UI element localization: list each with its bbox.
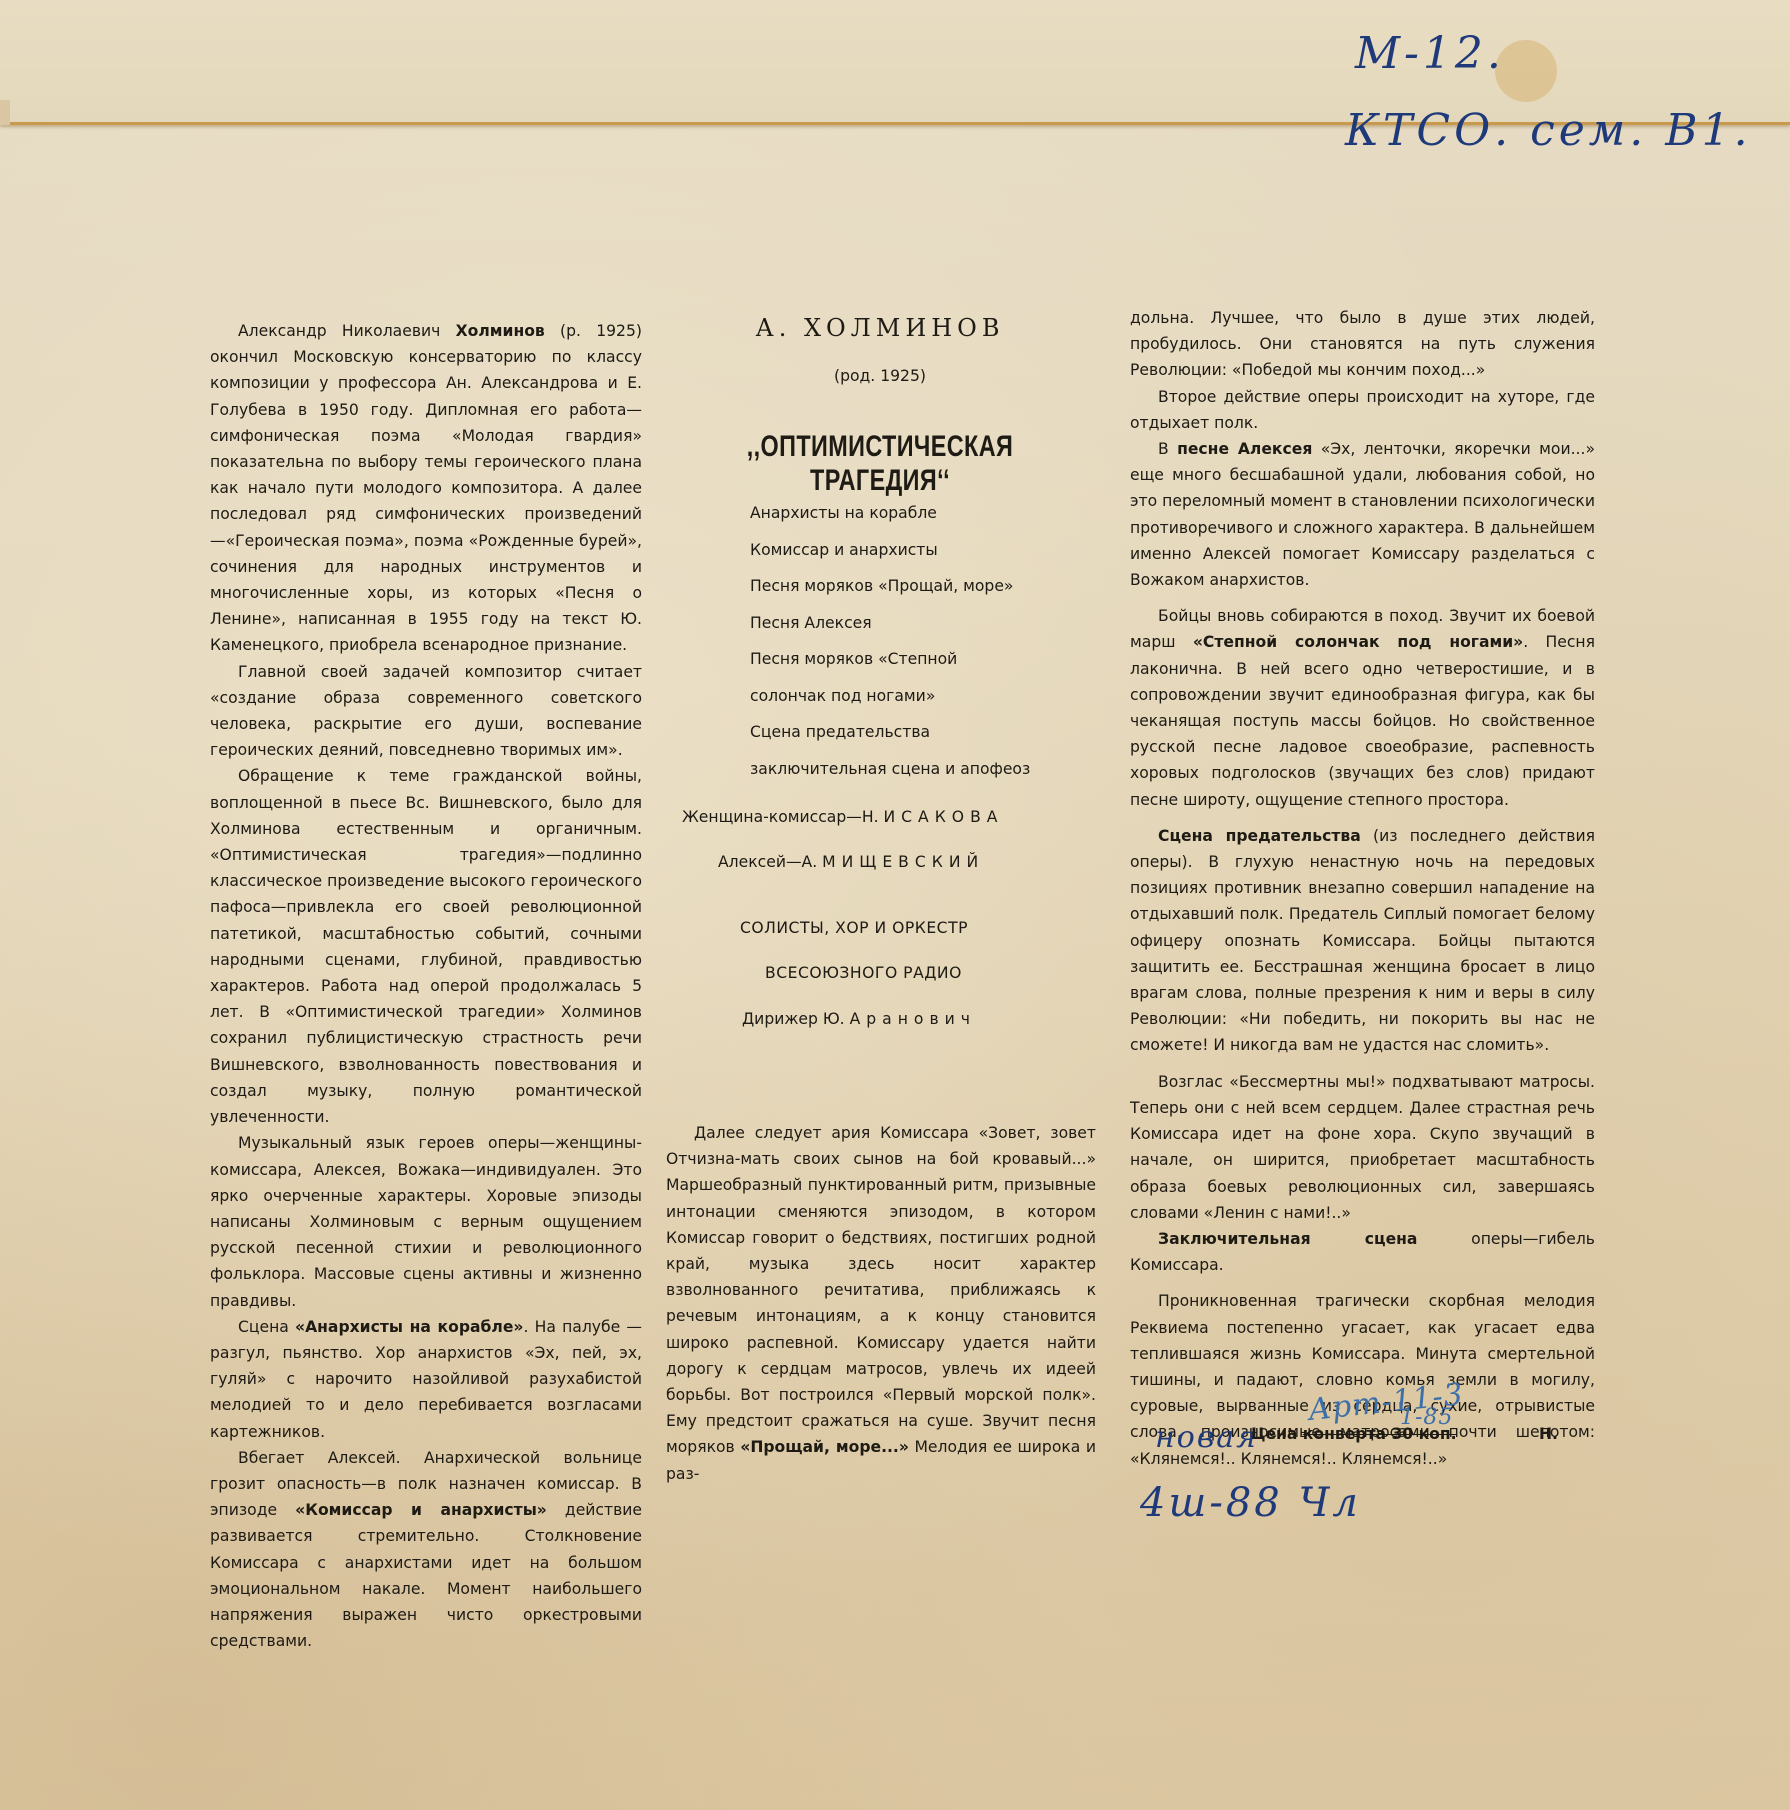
ensemble-line-2: ВСЕСОЮЗНОГО РАДИО [765, 964, 962, 982]
paragraph: Александр Николаевич Холминов (р. 1925) … [210, 318, 642, 659]
paragraph: Сцена предательства (из последнего дейст… [1130, 823, 1595, 1059]
conductor-label: Дирижер Ю. [742, 1010, 845, 1028]
handwritten-inventory-note: 4ш-88 Чл [1140, 1480, 1361, 1526]
left-column-text: Александр Николаевич Холминов (р. 1925) … [210, 318, 642, 1654]
print-mark: Н. [1539, 1425, 1558, 1443]
performer-name: ИСАКОВА [884, 808, 1004, 826]
paragraph: Сцена «Анархисты на корабле». На палубе … [210, 1314, 642, 1445]
album-title: ,,ОПТИМИСТИЧЕСКАЯ ТРАГЕДИЯ‘‘ [708, 430, 1051, 498]
price-struck-value: конверта 30 коп. [1303, 1425, 1457, 1443]
track-item: Песня моряков «Прощай, море» [750, 568, 1030, 605]
center-column-text: Далее следует ария Комиссара «Зовет, зов… [666, 1120, 1096, 1487]
handwritten-note-new: новая [1155, 1420, 1258, 1455]
handwritten-catalog-number: М-12. [1355, 28, 1505, 79]
paragraph: Главной своей задачей композитор считает… [210, 659, 642, 764]
track-item: Анархисты на корабле [750, 495, 1030, 532]
track-item: Комиссар и анархисты [750, 532, 1030, 569]
track-item: Песня Алексея [750, 605, 1030, 642]
paragraph: Заключительная сцена оперы—гибель Комисс… [1130, 1226, 1595, 1278]
track-item: Сцена предательства [750, 714, 1030, 751]
flap-notch [0, 100, 10, 125]
handwritten-shelf-mark: КТСО. сем. В1. [1345, 105, 1752, 156]
price-label: Цена [1251, 1425, 1297, 1443]
role-label: Женщина-комиссар—Н. [682, 808, 879, 826]
paragraph: Вбегает Алексей. Анархической вольнице г… [210, 1445, 642, 1655]
track-item: заключительная сцена и апофеоз [750, 751, 1030, 788]
track-list: Анархисты на кораблеКомиссар и анархисты… [750, 495, 1030, 787]
paragraph: Далее следует ария Комиссара «Зовет, зов… [666, 1120, 1096, 1487]
ensemble-line-1: СОЛИСТЫ, ХОР И ОРКЕСТР [740, 919, 968, 937]
composer-born: (род. 1925) [660, 367, 1100, 385]
performer-name: МИЩЕВСКИЙ [822, 853, 984, 871]
cast-line-commissar: Женщина-комиссар—Н. ИСАКОВА [682, 808, 1003, 826]
conductor-line: Дирижер Ю. Аранович [742, 1010, 976, 1028]
role-label: Алексей—А. [718, 853, 817, 871]
conductor-name: Аранович [850, 1010, 976, 1028]
right-column-text: дольна. Лучшее, что было в душе этих люд… [1130, 305, 1595, 1472]
price-line: Цена конверта 30 коп. [1251, 1425, 1457, 1443]
track-item: Песня моряков «Степной [750, 641, 1030, 678]
paragraph: Второе действие оперы происходит на хуто… [1130, 384, 1595, 436]
composer-name: А. ХОЛМИНОВ [660, 314, 1100, 342]
paragraph: В песне Алексея «Эх, ленточки, якоречки … [1130, 436, 1595, 593]
paragraph: Музыкальный язык героев оперы—женщины-ко… [210, 1130, 642, 1313]
paragraph: Бойцы вновь собираются в поход. Звучит и… [1130, 603, 1595, 813]
cast-line-aleksey: Алексей—А. МИЩЕВСКИЙ [718, 853, 984, 871]
paragraph: дольна. Лучшее, что было в душе этих люд… [1130, 305, 1595, 384]
paragraph: Обращение к теме гражданской войны, вопл… [210, 763, 642, 1130]
paragraph: Возглас «Бессмертны мы!» подхватывают ма… [1130, 1069, 1595, 1226]
track-item: солончак под ногами» [750, 678, 1030, 715]
